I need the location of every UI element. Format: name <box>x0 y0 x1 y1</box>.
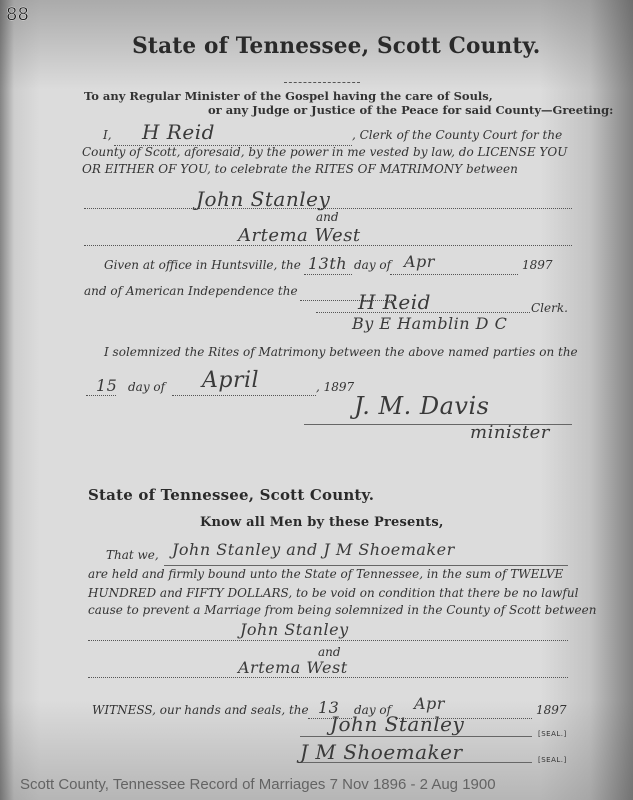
given-day-label: day of <box>354 258 391 272</box>
obligors-line <box>164 565 568 566</box>
clerk-signature-handwritten: H Reid <box>358 290 431 314</box>
marriage-record-page: 88 State of Tennessee, Scott County. To … <box>0 0 633 800</box>
officiant-title-handwritten: minister <box>470 422 550 443</box>
witness-prefix: WITNESS, our hands and seals, the <box>92 703 309 717</box>
bond-body-line-2: are held and firmly bound unto the State… <box>88 567 563 581</box>
greeting-line-2: or any Judge or Justice of the Peace for… <box>208 103 613 117</box>
greeting-line-1: To any Regular Minister of the Gospel ha… <box>84 89 493 103</box>
license-body-line-3: OR EITHER OF YOU, to celebrate the RITES… <box>82 162 518 176</box>
seal-1-label: [SEAL.] <box>538 730 567 738</box>
signature-1-handwritten: John Stanley <box>330 712 464 736</box>
license-body-line-2: County of Scott, aforesaid, by the power… <box>82 145 567 159</box>
given-day-line <box>304 274 352 275</box>
license-title: State of Tennessee, Scott County. <box>132 33 540 59</box>
solemnization-text: I solemnized the Rites of Matrimony betw… <box>104 345 578 359</box>
bond-subtitle: Know all Men by these Presents, <box>200 515 444 530</box>
given-prefix: Given at office in Huntsville, the <box>104 258 301 272</box>
record-caption: Scott County, Tennessee Record of Marria… <box>20 776 496 793</box>
given-day-handwritten: 13th <box>308 254 347 273</box>
seal-2-label: [SEAL.] <box>538 756 567 764</box>
solemn-month-line <box>172 395 316 396</box>
solemn-year: , 1897 <box>316 380 354 394</box>
page-number: 88 <box>6 4 29 25</box>
clerk-prefix: I, <box>103 128 112 142</box>
bond-groom-handwritten: John Stanley <box>240 620 349 639</box>
officiant-handwritten: J. M. Davis <box>354 392 489 420</box>
and-label: and <box>316 210 339 224</box>
witness-month-handwritten: Apr <box>414 694 445 713</box>
groom-handwritten: John Stanley <box>196 187 330 211</box>
independence-label: and of American Independence the <box>84 284 298 298</box>
that-we-label: That we, <box>106 548 159 562</box>
given-year: 1897 <box>522 258 553 272</box>
clerk-suffix: , Clerk of the County Court for the <box>352 128 562 142</box>
bond-groom-line <box>88 640 568 641</box>
deputy-signature-handwritten: By E Hamblin D C <box>352 314 507 333</box>
solemn-day-label: day of <box>128 380 165 394</box>
clerk-name-handwritten: H Reid <box>142 120 215 144</box>
bride-handwritten: Artema West <box>238 225 361 246</box>
given-month-handwritten: Apr <box>404 252 435 271</box>
bond-and-label: and <box>318 645 341 659</box>
bond-body-line-4: cause to prevent a Marriage from being s… <box>88 603 596 617</box>
bond-title: State of Tennessee, Scott County. <box>88 486 374 504</box>
signature-1-line <box>300 736 532 737</box>
solemn-day-line <box>86 395 116 396</box>
clerk-label: Clerk. <box>531 301 568 315</box>
solemn-day-handwritten: 15 <box>96 376 117 395</box>
bond-bride-handwritten: Artema West <box>238 658 348 677</box>
witness-year: 1897 <box>536 703 567 717</box>
solemn-month-handwritten: April <box>202 368 259 393</box>
bond-bride-line <box>88 677 568 678</box>
bond-body-line-3: HUNDRED and FIFTY DOLLARS, to be void on… <box>88 586 578 600</box>
signature-2-handwritten: J M Shoemaker <box>300 740 463 764</box>
obligors-handwritten: John Stanley and J M Shoemaker <box>172 540 455 559</box>
title-flourish <box>284 76 360 83</box>
given-month-line <box>390 274 518 275</box>
